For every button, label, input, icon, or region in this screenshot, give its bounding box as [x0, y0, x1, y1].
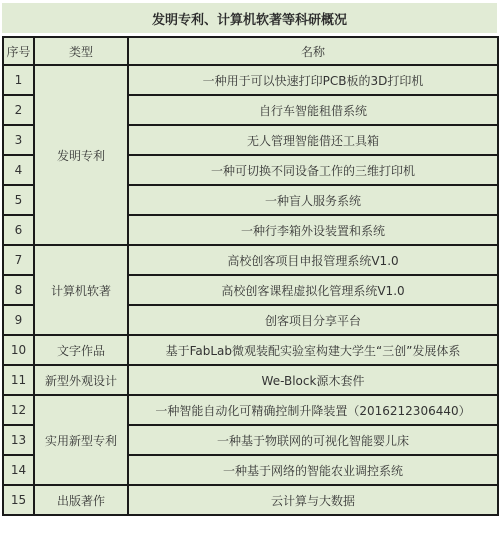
table-title: 发明专利、计算机软著等科研概况 — [2, 3, 497, 33]
name-cell: 云计算与大数据 — [128, 485, 498, 515]
name-cell: We-Block源木套件 — [128, 365, 498, 395]
table-row: 1 发明专利 一种用于可以快速打印PCB板的3D打印机 — [3, 65, 498, 95]
row-number: 4 — [3, 155, 34, 185]
type-cell-design: 新型外观设计 — [34, 365, 128, 395]
row-number: 15 — [3, 485, 34, 515]
name-cell: 一种行李箱外设装置和系统 — [128, 215, 498, 245]
row-number: 2 — [3, 95, 34, 125]
row-number: 7 — [3, 245, 34, 275]
header-type: 类型 — [34, 37, 128, 65]
type-cell-invention-patent: 发明专利 — [34, 65, 128, 245]
name-cell: 高校创客课程虚拟化管理系统V1.0 — [128, 275, 498, 305]
row-number: 10 — [3, 335, 34, 365]
table-row: 10 文字作品 基于FabLab微观装配实验室构建大学生“三创”发展体系 — [3, 335, 498, 365]
name-cell: 无人管理智能借还工具箱 — [128, 125, 498, 155]
type-cell-published-work: 出版著作 — [34, 485, 128, 515]
table-row: 11 新型外观设计 We-Block源木套件 — [3, 365, 498, 395]
header-no: 序号 — [3, 37, 34, 65]
name-cell: 创客项目分享平台 — [128, 305, 498, 335]
name-cell: 自行车智能租借系统 — [128, 95, 498, 125]
row-number: 6 — [3, 215, 34, 245]
header-name: 名称 — [128, 37, 498, 65]
name-cell: 一种可切换不同设备工作的三维打印机 — [128, 155, 498, 185]
row-number: 12 — [3, 395, 34, 425]
type-cell-software-copyright: 计算机软著 — [34, 245, 128, 335]
table-row: 12 实用新型专利 一种智能自动化可精确控制升降装置（2016212306440… — [3, 395, 498, 425]
name-cell: 一种用于可以快速打印PCB板的3D打印机 — [128, 65, 498, 95]
row-number: 11 — [3, 365, 34, 395]
research-overview-table: 序号 类型 名称 1 发明专利 一种用于可以快速打印PCB板的3D打印机 2 自… — [2, 36, 499, 516]
type-cell-written-work: 文字作品 — [34, 335, 128, 365]
watermark: m.roopsd.com — [369, 524, 500, 544]
table-row: 15 出版著作 云计算与大数据 — [3, 485, 498, 515]
document-page: 发明专利、计算机软著等科研概况 序号 类型 名称 1 发明专利 一种用于可以快速… — [0, 0, 500, 516]
header-row: 序号 类型 名称 — [3, 37, 498, 65]
name-cell: 一种基于网络的智能农业调控系统 — [128, 455, 498, 485]
type-cell-utility-model: 实用新型专利 — [34, 395, 128, 485]
row-number: 1 — [3, 65, 34, 95]
name-cell: 一种盲人服务系统 — [128, 185, 498, 215]
name-cell: 高校创客项目申报管理系统V1.0 — [128, 245, 498, 275]
name-cell: 基于FabLab微观装配实验室构建大学生“三创”发展体系 — [128, 335, 498, 365]
row-number: 9 — [3, 305, 34, 335]
name-cell: 一种智能自动化可精确控制升降装置（2016212306440） — [128, 395, 498, 425]
table-row: 7 计算机软著 高校创客项目申报管理系统V1.0 — [3, 245, 498, 275]
row-number: 8 — [3, 275, 34, 305]
name-cell: 一种基于物联网的可视化智能婴儿床 — [128, 425, 498, 455]
row-number: 14 — [3, 455, 34, 485]
row-number: 3 — [3, 125, 34, 155]
row-number: 5 — [3, 185, 34, 215]
row-number: 13 — [3, 425, 34, 455]
